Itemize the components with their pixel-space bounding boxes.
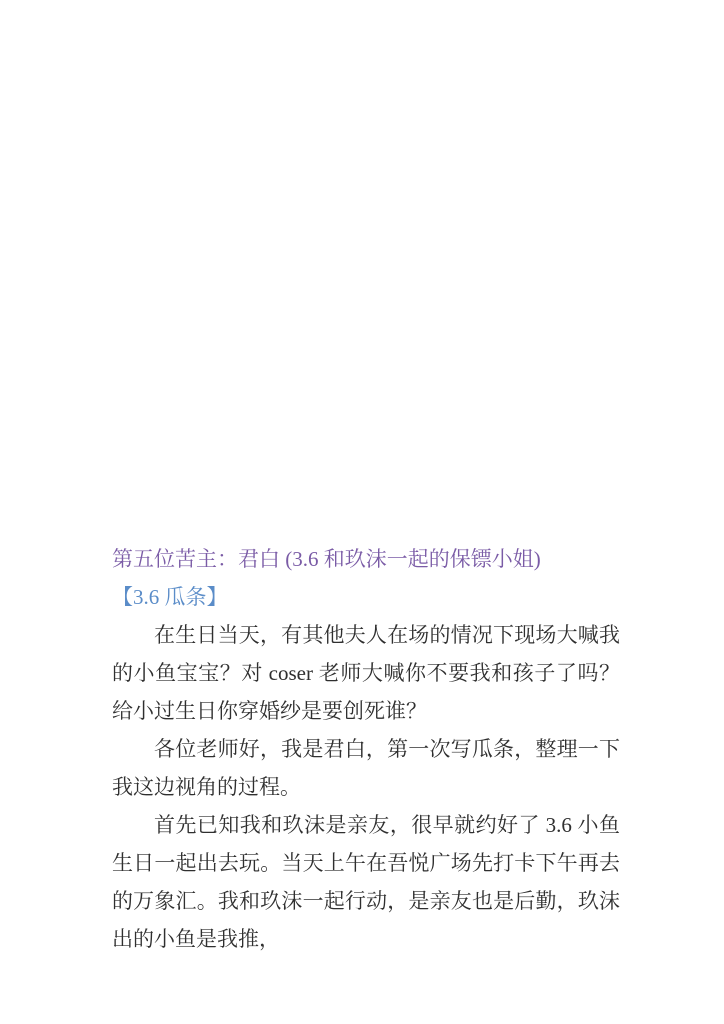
body-paragraph: 各位老师好，我是君白，第一次写瓜条，整理一下我这边视角的过程。 — [112, 730, 620, 806]
body-paragraph: 首先已知我和玖沫是亲友，很早就约好了 3.6 小鱼生日一起出去玩。当天上午在吾悦… — [112, 806, 620, 958]
subsection-heading: 【3.6 瓜条】 — [112, 578, 620, 616]
document-text-block: 第五位苦主：君白 (3.6 和玖沫一起的保镖小姐) 【3.6 瓜条】 在生日当天… — [112, 540, 620, 958]
body-paragraph: 在生日当天，有其他夫人在场的情况下现场大喊我的小鱼宝宝？对 coser 老师大喊… — [112, 616, 620, 730]
document-page: 第五位苦主：君白 (3.6 和玖沫一起的保镖小姐) 【3.6 瓜条】 在生日当天… — [0, 0, 724, 1024]
section-heading: 第五位苦主：君白 (3.6 和玖沫一起的保镖小姐) — [112, 540, 620, 578]
